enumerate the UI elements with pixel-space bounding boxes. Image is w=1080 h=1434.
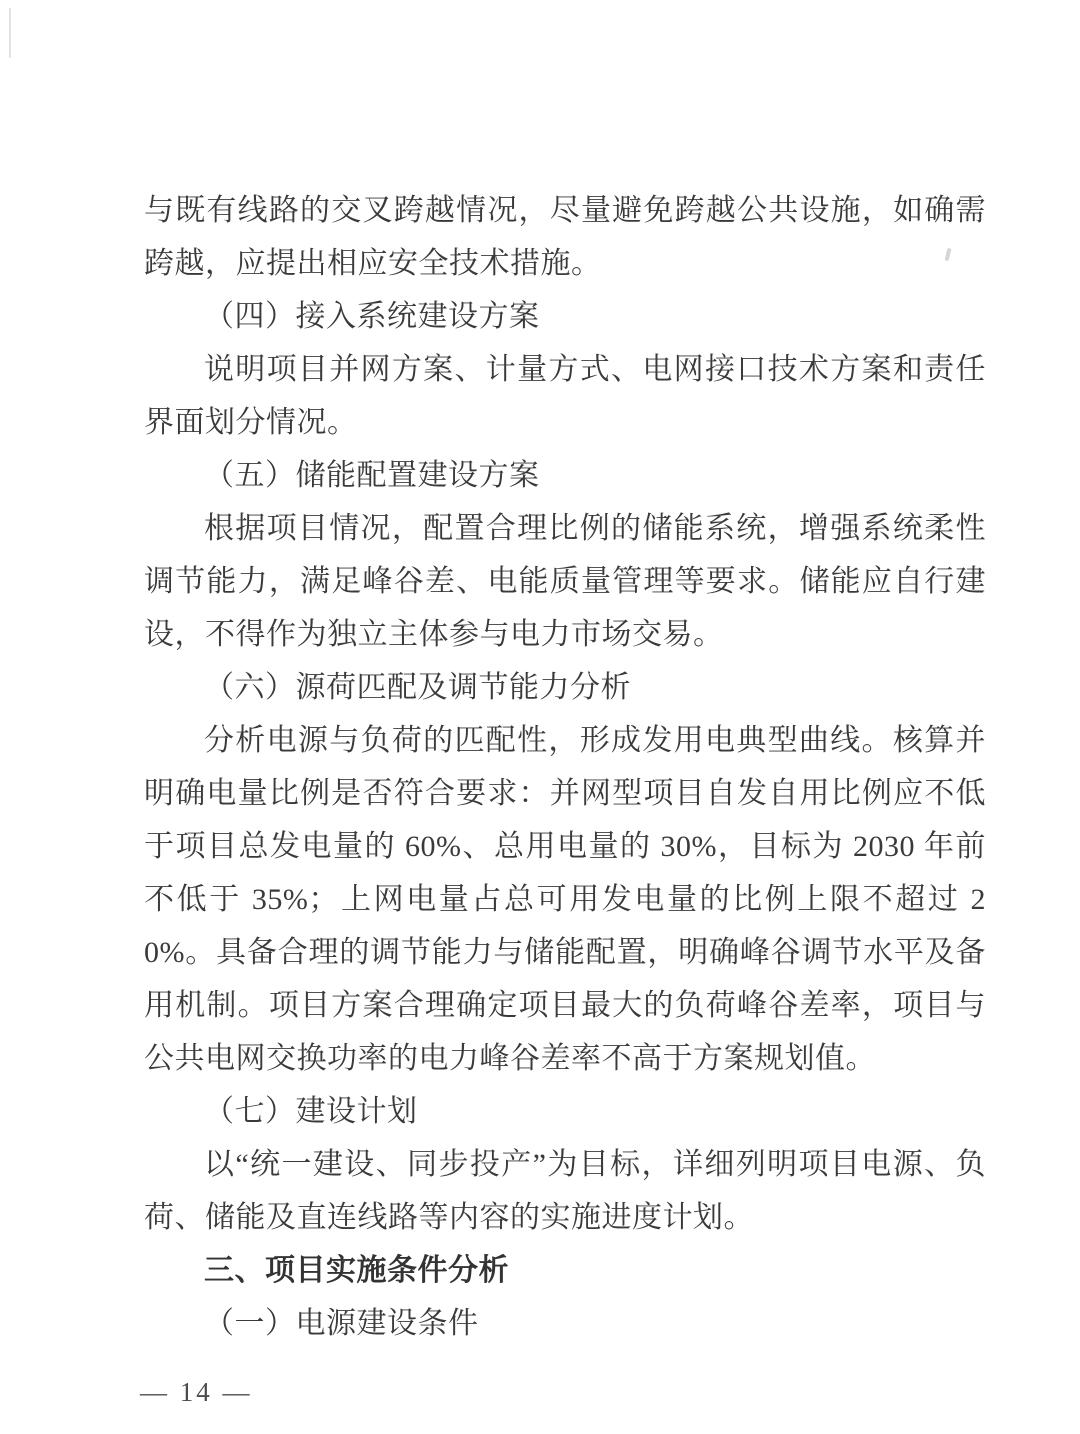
page-number: — 14 — [140,1372,253,1412]
heading-chapter-3-implementation-conditions: 三、项目实施条件分析 [144,1244,986,1297]
paragraph-crossing-measures: 与既有线路的交叉跨越情况，尽量避免跨越公共设施，如确需跨越，应提出相应安全技术措… [144,184,986,290]
paragraph-source-load-matching: 分析电源与负荷的匹配性，形成发用电典型曲线。核算并明确电量比例是否符合要求：并网… [144,714,986,1085]
document-page: 与既有线路的交叉跨越情况，尽量避免跨越公共设施，如确需跨越，应提出相应安全技术措… [0,0,1080,1434]
document-body: 与既有线路的交叉跨越情况，尽量避免跨越公共设施，如确需跨越，应提出相应安全技术措… [144,184,986,1350]
heading-section-6-source-load-matching: （六）源荷匹配及调节能力分析 [144,661,986,714]
scan-artifact-line [9,8,11,58]
paragraph-grid-connection: 说明项目并网方案、计量方式、电网接口技术方案和责任界面划分情况。 [144,343,986,449]
heading-section-4-grid-connection: （四）接入系统建设方案 [144,290,986,343]
heading-section-7-construction-plan: （七）建设计划 [144,1085,986,1138]
paragraph-storage-config: 根据项目情况，配置合理比例的储能系统，增强系统柔性调节能力，满足峰谷差、电能质量… [144,502,986,661]
heading-section-1-power-construction-conditions: （一）电源建设条件 [144,1297,986,1350]
heading-section-5-storage-config: （五）储能配置建设方案 [144,449,986,502]
paragraph-construction-plan: 以“统一建设、同步投产”为目标，详细列明项目电源、负荷、储能及直连线路等内容的实… [144,1138,986,1244]
